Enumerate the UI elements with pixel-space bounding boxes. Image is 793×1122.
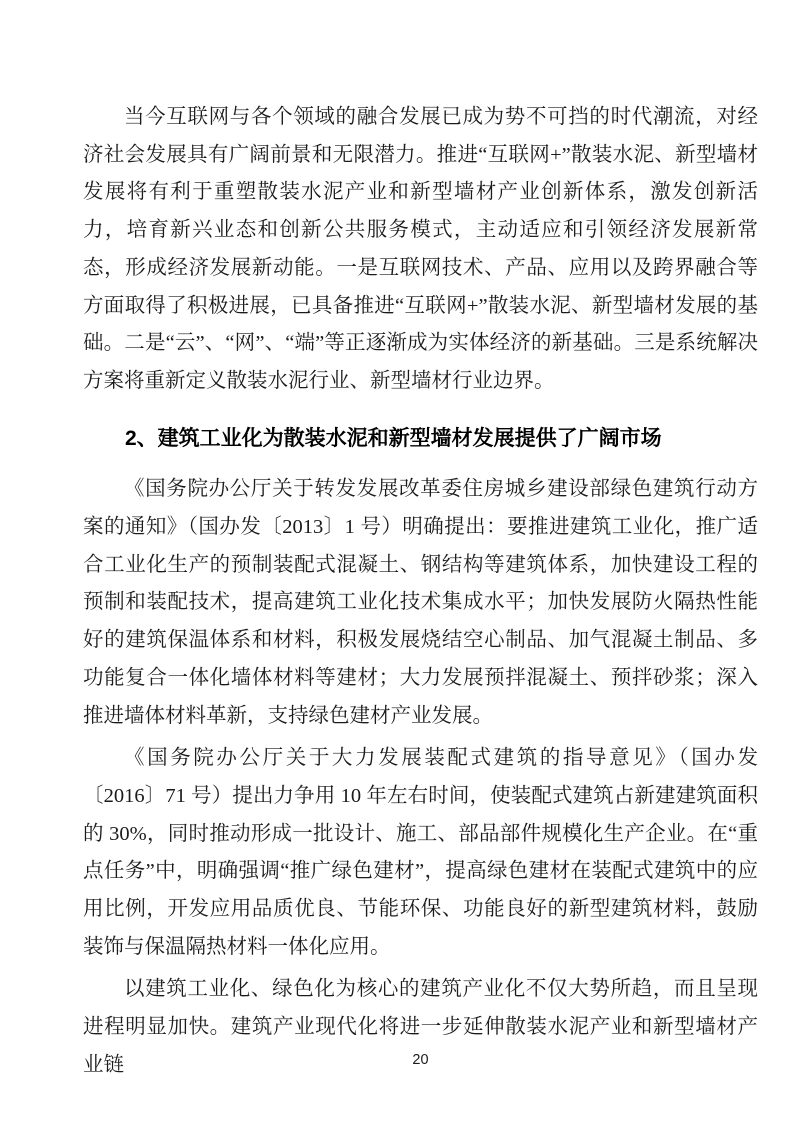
page-body-text: 当今互联网与各个领域的融合发展已成为势不可挡的时代潮流，对经济社会发展具有广阔前… <box>83 99 758 1090</box>
paragraph-internet-fusion: 当今互联网与各个领域的融合发展已成为势不可挡的时代潮流，对经济社会发展具有广阔前… <box>83 99 758 401</box>
section-heading-building-industrialization: 2、建筑工业化为散装水泥和新型墙材发展提供了广阔市场 <box>83 420 758 458</box>
document-page: 当今互联网与各个领域的融合发展已成为势不可挡的时代潮流，对经济社会发展具有广阔前… <box>0 0 793 1122</box>
page-number: 20 <box>83 1052 758 1068</box>
paragraph-green-building-action-plan: 《国务院办公厅关于转发发展改革委住房城乡建设部绿色建筑行动方案的通知》（国办发〔… <box>83 471 758 735</box>
paragraph-prefabricated-building-guidance: 《国务院办公厅关于大力发展装配式建筑的指导意见》（国办发〔2016〕71 号）提… <box>83 740 758 966</box>
